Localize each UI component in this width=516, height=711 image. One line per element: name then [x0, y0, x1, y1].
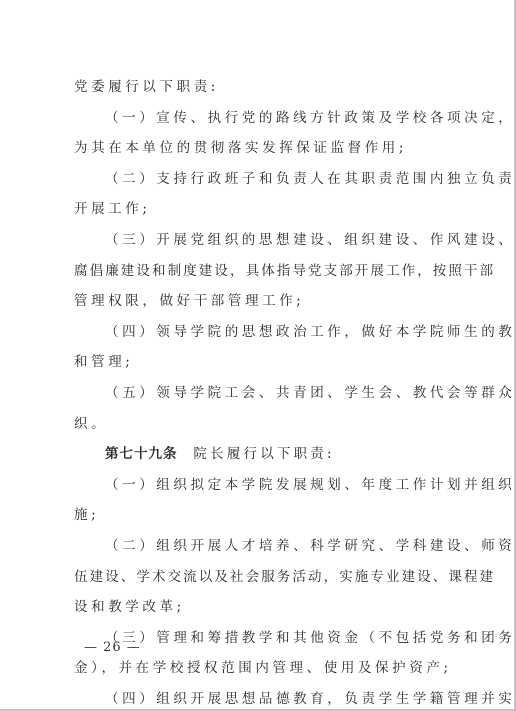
article-heading-line: 第七十九条 院长履行以下职责: [74, 439, 444, 470]
text-line: 腐倡廉建设和制度建设，具体指导党支部开展工作，按照干部 [74, 256, 444, 287]
text-line: 织。 [74, 409, 444, 440]
text-line: 和管理; [74, 347, 444, 378]
text-line: 设和教学改革; [74, 592, 444, 623]
text-line: 伍建设、学术交流以及社会服务活动，实施专业建设、课程建 [74, 562, 444, 593]
text-line: （二）支持行政班子和负责人在其职责范围内独立负责地 [74, 164, 444, 195]
article-title: 院长履行以下职责: [193, 446, 334, 462]
text-line: 施; [74, 500, 444, 531]
document-page: 党委履行以下职责: （一）宣传、执行党的路线方针政策及学校各项决定，并 为其在本… [0, 0, 516, 711]
text-line: 党委履行以下职责: [74, 72, 444, 103]
document-body: 党委履行以下职责: （一）宣传、执行党的路线方针政策及学校各项决定，并 为其在本… [74, 72, 444, 711]
text-line: （四）组织开展思想品德教育，负责学生学籍管理并实施 [74, 684, 444, 711]
text-line: 管理权限，做好干部管理工作; [74, 286, 444, 317]
page-number: — 26 — [84, 640, 141, 655]
text-line: （三）开展党组织的思想建设、组织建设、作风建设、反 [74, 225, 444, 256]
text-line: （二）组织开展人才培养、科学研究、学科建设、师资队 [74, 531, 444, 562]
article-number: 第七十九条 [105, 446, 178, 462]
text-line: （一）组织拟定本学院发展规划、年度工作计划并组织实 [74, 470, 444, 501]
text-line: （四）领导学院的思想政治工作，做好本学院师生的教育 [74, 317, 444, 348]
text-line: （五）领导学院工会、共青团、学生会、教代会等群众组 [74, 378, 444, 409]
text-line: （一）宣传、执行党的路线方针政策及学校各项决定，并 [74, 103, 444, 134]
text-line: 开展工作; [74, 194, 444, 225]
text-line: 金），并在学校授权范围内管理、使用及保护资产; [74, 653, 444, 684]
text-line: 为其在本单位的贯彻落实发挥保证监督作用; [74, 133, 444, 164]
